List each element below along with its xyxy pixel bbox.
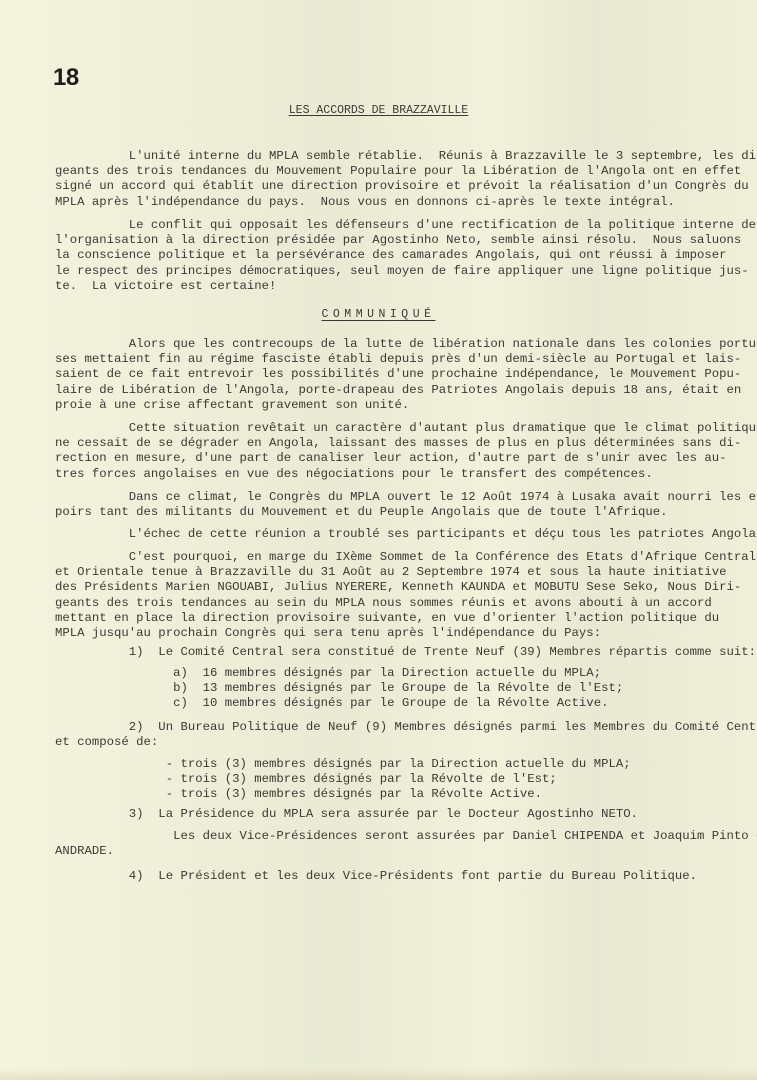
communique-paragraph-2: Cette situation revêtait un caractère d'… [55, 421, 715, 482]
item-3-text: 3) La Présidence du MPLA sera assurée pa… [55, 807, 715, 822]
text-line: ses mettaient fin au régime fasciste éta… [55, 352, 715, 367]
text-line: Le conflit qui opposait les défenseurs d… [55, 218, 715, 233]
text-line: MPLA jusqu'au prochain Congrès qui sera … [55, 626, 715, 641]
text-line: a) 16 membres désignés par la Direction … [55, 666, 715, 681]
text-line: Alors que les contrecoups de la lutte de… [55, 337, 715, 352]
text-line: L'unité interne du MPLA semble rétablie.… [55, 149, 715, 164]
text-line: - trois (3) membres désignés par la Dire… [55, 757, 715, 772]
text-line: Cette situation revêtait un caractère d'… [55, 421, 715, 436]
text-line: 2) Un Bureau Politique de Neuf (9) Membr… [55, 720, 715, 735]
document-title-text: LES ACCORDS DE BRAZZAVILLE [289, 104, 468, 117]
text-line: rection en mesure, d'une part de canalis… [55, 451, 715, 466]
text-line: ne cessait de se dégrader en Angola, lai… [55, 436, 715, 451]
text-line: - trois (3) membres désignés par la Révo… [55, 772, 715, 787]
text-line: C'est pourquoi, en marge du IXème Sommet… [55, 550, 715, 565]
communique-paragraph-4: L'échec de cette réunion a troublé ses p… [55, 527, 715, 542]
intro-paragraph-2: Le conflit qui opposait les défenseurs d… [55, 218, 715, 294]
text-line: geants des trois tendances du Mouvement … [55, 164, 715, 179]
text-line: - trois (3) membres désignés par la Révo… [55, 787, 715, 802]
communique-paragraph-3: Dans ce climat, le Congrès du MPLA ouver… [55, 490, 715, 520]
text-line: b) 13 membres désignés par le Groupe de … [55, 681, 715, 696]
text-line: ANDRADE. [55, 844, 715, 859]
item-1: 1) Le Comité Central sera constitué de T… [55, 645, 715, 660]
text-line: Dans ce climat, le Congrès du MPLA ouver… [55, 490, 715, 505]
item-2-sublist: - trois (3) membres désignés par la Dire… [55, 757, 715, 803]
page-number: 18 [53, 64, 79, 92]
item-1-text: 1) Le Comité Central sera constitué de T… [55, 645, 715, 660]
text-line: saient de ce fait entrevoir les possibil… [55, 367, 715, 382]
intro-paragraph-1: L'unité interne du MPLA semble rétablie.… [55, 149, 715, 210]
communique-heading-text: COMMUNIQUÉ [321, 308, 435, 321]
text-line: MPLA après l'indépendance du pays. Nous … [55, 195, 715, 210]
communique-paragraph-5: C'est pourquoi, en marge du IXème Sommet… [55, 550, 715, 641]
text-line: geants des trois tendances au sein du MP… [55, 596, 715, 611]
communique-paragraph-1: Alors que les contrecoups de la lutte de… [55, 337, 715, 413]
text-line: Les deux Vice-Présidences seront assurée… [55, 829, 715, 844]
text-line: mettant en place la direction provisoire… [55, 611, 715, 626]
text-line: signé un accord qui établit une directio… [55, 179, 715, 194]
item-3: 3) La Présidence du MPLA sera assurée pa… [55, 807, 715, 822]
text-line: L'échec de cette réunion a troublé ses p… [55, 527, 715, 542]
item-4: 4) Le Président et les deux Vice-Préside… [55, 869, 715, 884]
text-line: te. La victoire est certaine! [55, 279, 715, 294]
item-4-text: 4) Le Président et les deux Vice-Préside… [55, 869, 715, 884]
text-line: poirs tant des militants du Mouvement et… [55, 505, 715, 520]
text-line: laire de Libération de l'Angola, porte-d… [55, 383, 715, 398]
item-1-sublist: a) 16 membres désignés par la Direction … [55, 666, 715, 712]
text-line: c) 10 membres désignés par le Groupe de … [55, 696, 715, 711]
text-line: des Présidents Marien NGOUABI, Julius NY… [55, 580, 715, 595]
communique-heading: COMMUNIQUÉ [0, 308, 757, 321]
item-3-note: Les deux Vice-Présidences seront assurée… [55, 829, 715, 859]
text-line: la conscience politique et la persévéran… [55, 248, 715, 263]
item-2: 2) Un Bureau Politique de Neuf (9) Membr… [55, 720, 715, 750]
text-line: le respect des principes démocratiques, … [55, 264, 715, 279]
paper-edge-stain [0, 1068, 757, 1080]
text-line: et composé de: [55, 735, 715, 750]
text-line: proie à une crise affectant gravement so… [55, 398, 715, 413]
text-line: et Orientale tenue à Brazzaville du 31 A… [55, 565, 715, 580]
text-line: tres forces angolaises en vue des négoci… [55, 467, 715, 482]
text-line: l'organisation à la direction présidée p… [55, 233, 715, 248]
document-title: LES ACCORDS DE BRAZZAVILLE [0, 104, 757, 117]
